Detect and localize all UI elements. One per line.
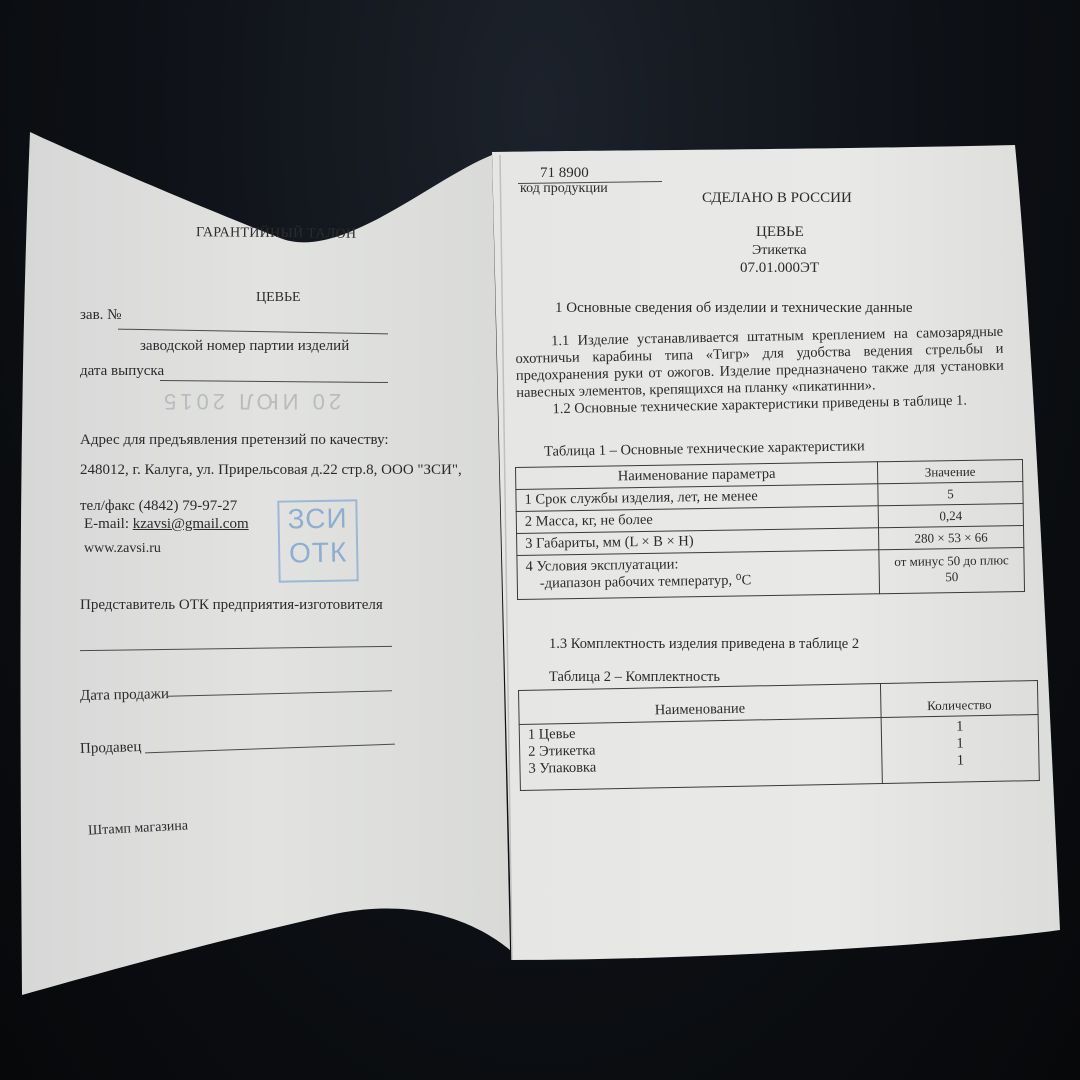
specs-table: Наименование параметра Значение 1 Срок с… bbox=[515, 459, 1025, 600]
param-cell: 4 Условия эксплуатации: -диапазон рабочи… bbox=[517, 550, 880, 600]
section-1-body: 1.1 Изделие устанавливается штатным креп… bbox=[515, 324, 1005, 419]
table-row: 1 Цевье 2 Этикетка 3 Упаковка 1 1 1 bbox=[519, 715, 1039, 791]
item-qty: 1 bbox=[890, 751, 1030, 771]
param-main: 4 Условия эксплуатации: bbox=[525, 556, 678, 574]
product-code-label: код продукции bbox=[520, 181, 608, 197]
value-cell: от минус 50 до плюс 50 bbox=[879, 548, 1025, 594]
product-code: 71 8900 bbox=[540, 165, 589, 182]
value-cell: 0,24 bbox=[878, 504, 1023, 528]
paragraph-1-1: 1.1 Изделие устанавливается штатным креп… bbox=[515, 324, 1004, 402]
document-number: 07.01.000ЭТ bbox=[740, 260, 819, 277]
header-value: Значение bbox=[877, 460, 1022, 484]
items-cell: 1 Цевье 2 Этикетка 3 Упаковка bbox=[519, 718, 882, 791]
value-cell: 5 bbox=[878, 482, 1023, 506]
paragraph-1-3: 1.3 Комплектность изделия приведена в та… bbox=[549, 636, 859, 653]
product-label-page: 71 8900 код продукции СДЕЛАНО В РОССИИ Ц… bbox=[0, 0, 1080, 1080]
table-2-caption: Таблица 2 – Комплектность bbox=[549, 669, 720, 686]
document-type: Этикетка bbox=[752, 243, 806, 259]
header-quantity: Количество bbox=[880, 681, 1038, 718]
contents-table: Наименование Количество 1 Цевье 2 Этикет… bbox=[518, 680, 1040, 791]
quantities-cell: 1 1 1 bbox=[881, 715, 1039, 784]
section-1-title: 1 Основные сведения об изделии и техниче… bbox=[555, 300, 913, 317]
table-1-caption: Таблица 1 – Основные технические характе… bbox=[544, 438, 865, 461]
table-row: 4 Условия эксплуатации: -диапазон рабочи… bbox=[517, 548, 1025, 600]
made-in-russia: СДЕЛАНО В РОССИИ bbox=[702, 190, 852, 207]
value-cell: 280 × 53 × 66 bbox=[878, 526, 1023, 550]
product-name: ЦЕВЬЕ bbox=[756, 224, 804, 241]
